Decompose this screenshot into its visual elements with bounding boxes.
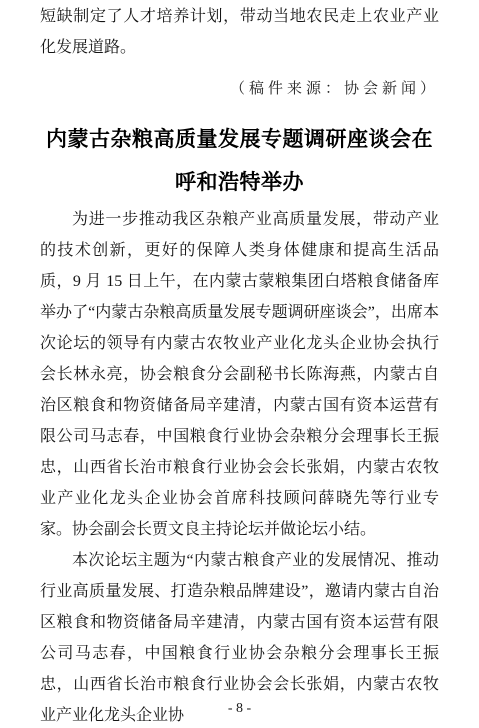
article-paragraph-1: 为进一步推动我区杂粮产业高质量发展，带动产业的技术创新，更好的保障人类身体健康和… bbox=[40, 204, 439, 545]
source-attribution: （稿件来源：协会新闻） bbox=[40, 74, 439, 104]
article-title: 内蒙古杂粮高质量发展专题调研座谈会在呼和浩特举办 bbox=[40, 118, 439, 204]
document-page: 短缺制定了人才培养计划，带动当地农民走上农业产业化发展道路。 （稿件来源：协会新… bbox=[0, 0, 479, 728]
continuation-paragraph: 短缺制定了人才培养计划，带动当地农民走上农业产业化发展道路。 bbox=[40, 1, 439, 63]
page-number: - 8 - bbox=[0, 701, 479, 717]
